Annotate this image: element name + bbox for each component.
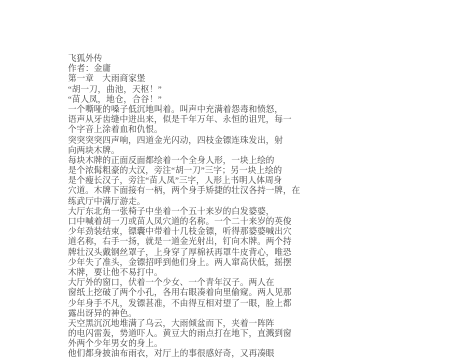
text-line: 突突突突四声响，四道金光闪动，四枝金镖连珠发出，射 — [68, 135, 448, 145]
text-line: “苗人凤，地仓，合谷！” — [68, 94, 448, 104]
text-line: 练武厅中满厅游走。 — [68, 196, 448, 206]
text-line: 口中喊着胡一刀或苗人凤穴道的名称。一个二十来岁的英俊 — [68, 216, 448, 226]
chapter-heading: 第一章 大雨商家堡 — [68, 73, 448, 83]
text-line: 道名称，右手一扬，就是一道金光射出，钉向木牌。两个持 — [68, 236, 448, 246]
text-line: 少年失了准头，金镖招呼到他们身上。两人窜高伏低，摇摆 — [68, 257, 448, 267]
text-line: 天空黑沉沉地堆满了乌云，大雨倾盆而下，夹着一阵阵 — [68, 318, 448, 328]
text-line: 个字音上涂着血和仇恨。 — [68, 124, 448, 134]
text-line: 是个瘦长汉子，旁注“苗人凤”三字，人形上书明人体周身 — [68, 175, 448, 185]
text-line: 大厅东北角一张椅子中坐着一个五十来岁的白发婆婆， — [68, 206, 448, 216]
novel-text-block: 飞狐外传 作者：金庸 第一章 大雨商家堡 “胡一刀，曲池，天枢！”“苗人凤，地仓… — [68, 53, 448, 359]
text-line: 窗纸上挖破了两个小孔，各用右眼凑着向里偷窥。两人见那 — [68, 287, 448, 297]
text-line: 一个嘶哑的嗓子低沉地叫着。叫声中充满着怨毒和愤怒， — [68, 104, 448, 114]
document-page: 飞狐外传 作者：金庸 第一章 大雨商家堡 “胡一刀，曲池，天枢！”“苗人凤，地仓… — [0, 0, 460, 360]
text-line: 语声从牙齿缝中迸出来，似是千年万年、永恒的诅咒，每一 — [68, 114, 448, 124]
text-line: 少年身手不凡，发镖甚准，不由得互相对望了一眼，脸上都 — [68, 298, 448, 308]
text-line: 的电闪雷轰，势道吓人。黄豆大的雨点打在地下，直溅到窗 — [68, 328, 448, 338]
text-line: 向两块木牌。 — [68, 145, 448, 155]
text-line: 每块木牌的正面反面都绘着一个全身人形，一块上绘的 — [68, 155, 448, 165]
text-line: 穴道。木牌下面接有一柄，两个身手矫捷的壮汉各持一牌，在 — [68, 185, 448, 195]
text-line: 木牌，要让他不易打中。 — [68, 267, 448, 277]
body-text: “胡一刀，曲池，天枢！”“苗人凤，地仓，合谷！”一个嘶哑的嗓子低沉地叫着。叫声中… — [68, 84, 448, 359]
text-line: “胡一刀，曲池，天枢！” — [68, 84, 448, 94]
text-line: 外两个少年男女的身上。 — [68, 338, 448, 348]
author-line: 作者：金庸 — [68, 63, 448, 73]
text-line: 牌壮汉头戴钢丝罩子，上身穿了厚棉袄再罩牛皮背心，唯恐 — [68, 247, 448, 257]
text-line: 大厅外的窗口，伏着一个少女、一个青年汉子。两人在 — [68, 277, 448, 287]
book-title: 飞狐外传 — [68, 53, 448, 63]
text-line: 少年劲装结束，镖囊中带着十几枝金镖，听得那婆婆喊出穴 — [68, 226, 448, 236]
text-line: 是个浓髯粗豪的大汉，旁注“胡一刀”三字；另一块上绘的 — [68, 165, 448, 175]
text-line: 他们都身披油布雨衣，对厅上的事很感好奇，又再凑眼 — [68, 348, 448, 358]
text-line: 露出讶异的神色。 — [68, 308, 448, 318]
